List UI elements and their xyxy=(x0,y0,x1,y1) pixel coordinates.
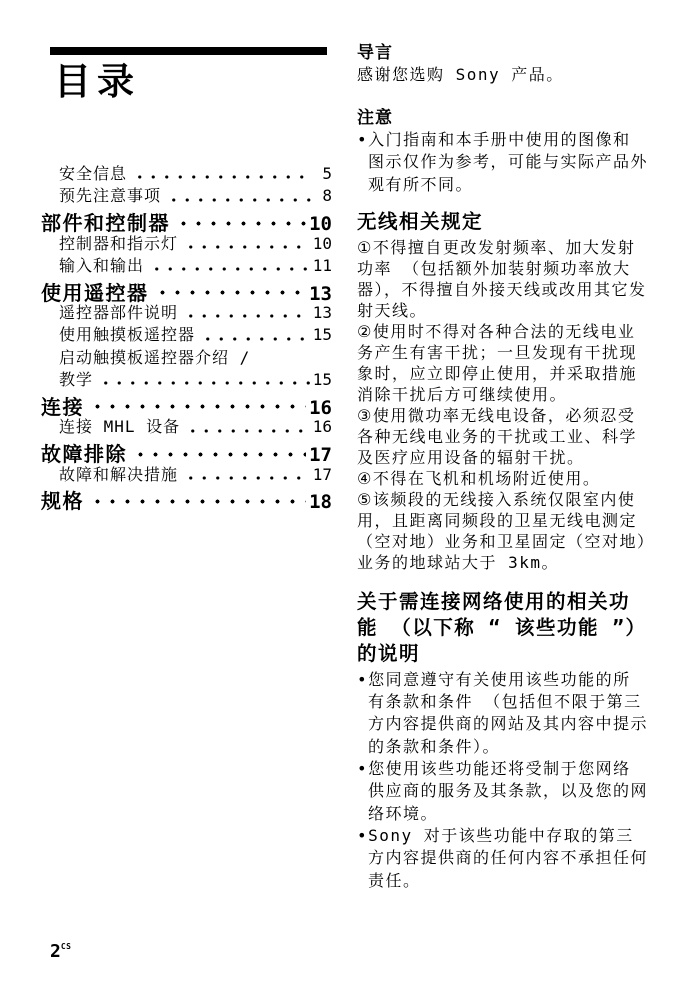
toc-entry: 遥控器部件说明 13 xyxy=(41,300,332,322)
toc-entry: 连接 16 xyxy=(41,391,332,415)
intro-text: 感谢您选购 Sony 产品。 xyxy=(357,64,648,86)
dot-leader xyxy=(167,192,311,206)
toc-entry-label: 预先注意事项 xyxy=(59,183,161,206)
toc-entry: 输入和输出 11 xyxy=(41,253,332,275)
dot-leader xyxy=(184,470,310,484)
dot-leader xyxy=(90,400,306,414)
dot-leader xyxy=(176,217,306,231)
toc-entry: 控制器和指示灯 10 xyxy=(41,231,332,253)
network-item: 您使用该些功能还将受制于您网络供应商的服务及其条款，以及您的网络环境。 xyxy=(357,758,648,825)
toc-entry-label: 使用触摸板遥控器 xyxy=(59,322,195,345)
dot-leader xyxy=(90,495,306,509)
table-of-contents: 安全信息 5 预先注意事项 8 部件和控制器 10 控制器和指示灯 10 输入和… xyxy=(41,161,332,509)
toc-title: 目录 xyxy=(54,63,332,101)
wireless-rule-2: ②使用时不得对各种合法的无线电业务产生有害干扰；一旦发现有干扰现象时，应立即停止… xyxy=(357,321,648,405)
dot-leader xyxy=(256,353,311,367)
page-number-value: 2 xyxy=(50,941,61,962)
dot-leader xyxy=(99,375,310,389)
toc-entry: 安全信息 5 xyxy=(41,161,332,183)
toc-entry: 部件和控制器 10 xyxy=(41,207,332,231)
toc-entry-page: 10 xyxy=(313,234,332,253)
section-wireless-regulations: 无线相关规定 ①不得擅自更改发射频率、加大发射功率 （包括额外加装射频功率放大器… xyxy=(357,209,648,573)
toc-entry-label: 连接 MHL 设备 xyxy=(59,414,180,437)
dot-leader xyxy=(150,261,310,275)
toc-entry-page: 5 xyxy=(314,164,332,183)
section-intro: 导言 感谢您选购 Sony 产品。 注意 入门指南和本手册中使用的图像和图示仅作… xyxy=(357,42,648,196)
dot-leader xyxy=(133,448,306,462)
toc-entry-page: 8 xyxy=(314,186,332,205)
page-number-language-suffix: CS xyxy=(61,942,72,951)
toc-entry-label: 故障和解决措施 xyxy=(59,462,178,485)
toc-entry-page: 18 xyxy=(309,491,332,513)
toc-entry: 故障和解决措施 17 xyxy=(41,462,332,484)
wireless-rule-3: ③使用微功率无线电设备，必须忍受各种无线电业务的干扰或工业、科学及医疗应用设备的… xyxy=(357,405,648,468)
toc-entry: 启动触摸板遥控器介绍 / xyxy=(41,345,332,367)
toc-entry-page: 11 xyxy=(313,256,332,275)
toc-entry-page: 13 xyxy=(309,283,332,305)
toc-entry-page: 15 xyxy=(313,370,332,389)
intro-heading: 导言 xyxy=(357,42,648,64)
toc-entry-label: 遥控器部件说明 xyxy=(59,300,178,323)
toc-entry: 连接 MHL 设备 16 xyxy=(41,414,332,436)
network-item: Sony 对于该些功能中存取的第三方内容提供商的任何内容不承担任何责任。 xyxy=(357,825,648,892)
dot-leader xyxy=(184,239,310,253)
toc-entry-page: 16 xyxy=(309,397,332,419)
dot-leader xyxy=(133,169,311,183)
toc-entry: 规格 18 xyxy=(41,485,332,509)
toc-entry: 预先注意事项 8 xyxy=(41,183,332,205)
toc-entry-page: 17 xyxy=(309,444,332,466)
toc-entry-page: 13 xyxy=(313,303,332,322)
intro-column: 导言 感谢您选购 Sony 产品。 注意 入门指南和本手册中使用的图像和图示仅作… xyxy=(357,42,648,892)
section-network-functions: 关于需连接网络使用的相关功能 （以下称 “ 该些功能 ”）的说明 您同意遵守有关… xyxy=(357,589,648,892)
note-list: 入门指南和本手册中使用的图像和图示仅作为参考，可能与实际产品外观有所不同。 xyxy=(357,129,648,196)
wireless-rule-1: ①不得擅自更改发射频率、加大发射功率 （包括额外加装射频功率放大器），不得擅自外… xyxy=(357,237,648,321)
toc-entry: 故障排除 17 xyxy=(41,438,332,462)
toc-entry-page: 10 xyxy=(309,213,332,235)
toc-entry: 教学 15 xyxy=(41,367,332,389)
manual-page: 目录 安全信息 5 预先注意事项 8 部件和控制器 10 控制器和指示灯 10 xyxy=(0,0,699,994)
page-number: 2CS xyxy=(50,941,71,962)
note-heading: 注意 xyxy=(357,107,648,129)
toc-entry: 使用触摸板遥控器 15 xyxy=(41,322,332,344)
toc-column: 目录 安全信息 5 预先注意事项 8 部件和控制器 10 控制器和指示灯 10 xyxy=(41,47,332,509)
toc-entry: 使用遥控器 13 xyxy=(41,277,332,301)
toc-entry-label: 输入和输出 xyxy=(59,253,144,276)
toc-entry-label: 控制器和指示灯 xyxy=(59,231,178,254)
toc-entry-page: 16 xyxy=(313,417,332,436)
toc-entry-page: 15 xyxy=(313,325,332,344)
dot-leader xyxy=(186,423,310,437)
dot-leader xyxy=(201,331,310,345)
wireless-heading: 无线相关规定 xyxy=(357,209,648,235)
toc-entry-label: 规格 xyxy=(41,485,84,514)
dot-leader xyxy=(155,286,307,300)
toc-entry-label: 启动触摸板遥控器介绍 / xyxy=(59,345,250,368)
wireless-rule-4: ④不得在飞机和机场附近使用。 xyxy=(357,468,648,489)
network-item: 您同意遵守有关使用该些功能的所有条款和条件 （包括但不限于第三方内容提供商的网站… xyxy=(357,669,648,758)
wireless-rule-5: ⑤该频段的无线接入系统仅限室内使用，且距离同频段的卫星无线电测定（空对地）业务和… xyxy=(357,489,648,573)
toc-entry-page: 17 xyxy=(313,465,332,484)
title-rule xyxy=(50,47,327,55)
network-list: 您同意遵守有关使用该些功能的所有条款和条件 （包括但不限于第三方内容提供商的网站… xyxy=(357,669,648,892)
note-item: 入门指南和本手册中使用的图像和图示仅作为参考，可能与实际产品外观有所不同。 xyxy=(357,129,648,196)
toc-entry-label: 安全信息 xyxy=(59,161,127,184)
dot-leader xyxy=(184,308,310,322)
toc-entry-label: 教学 xyxy=(59,367,93,390)
network-heading: 关于需连接网络使用的相关功能 （以下称 “ 该些功能 ”）的说明 xyxy=(357,589,648,667)
